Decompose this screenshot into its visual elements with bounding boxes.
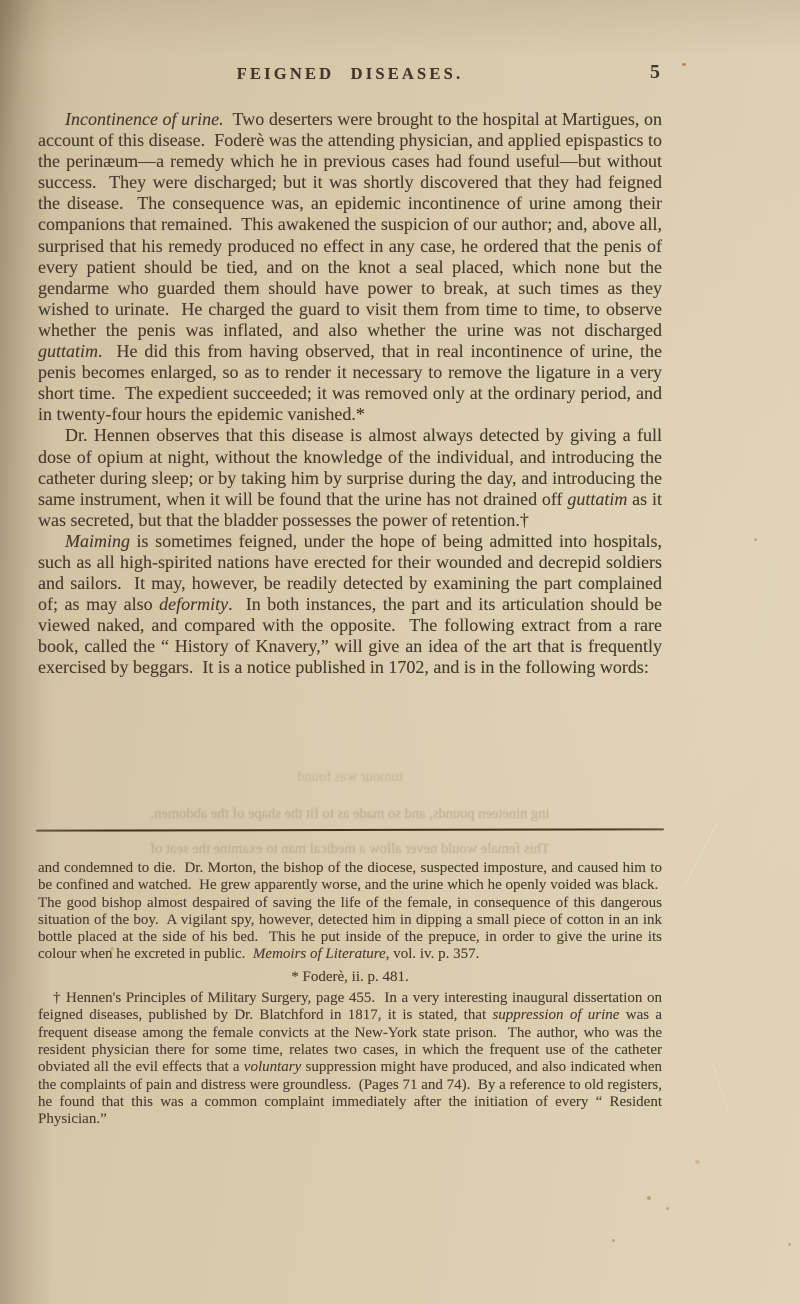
book-page: FEIGNED DISEASES. 5 tumour was found ing… bbox=[0, 0, 800, 1304]
text-run: * Foderè, ii. p. 481. bbox=[291, 969, 409, 985]
footnote-continuation: and condemned to die. Dr. Morton, the bi… bbox=[38, 860, 662, 964]
foxing-speck bbox=[695, 1160, 700, 1164]
text-run: Two deserters were brought to the hospit… bbox=[38, 109, 662, 340]
text-run: . He did this from having observed, that… bbox=[38, 341, 662, 424]
ink-bleed-through-line: tumour was found bbox=[60, 769, 640, 786]
footnote-note: † Hennen's Principles of Military Surger… bbox=[38, 990, 662, 1128]
paper-scratch bbox=[684, 824, 718, 886]
foxing-speck bbox=[682, 63, 686, 66]
footnotes: and condemned to die. Dr. Morton, the bi… bbox=[38, 860, 662, 1128]
body-paragraph: Incontinence of urine. Two deserters wer… bbox=[38, 109, 662, 425]
footnote-divider-rule bbox=[36, 828, 664, 831]
foxing-speck bbox=[612, 1239, 615, 1242]
ink-bleed-through-line: ing nineteen pounds, and so made as to f… bbox=[60, 806, 640, 823]
foxing-speck bbox=[754, 538, 757, 541]
italic-text-run: deformity bbox=[159, 594, 228, 614]
italic-text-run: suppression of urine bbox=[492, 1007, 619, 1023]
ink-bleed-through-line: This female would never allow a medical … bbox=[60, 841, 640, 858]
italic-text-run: guttatim bbox=[38, 341, 98, 361]
body-text: Incontinence of urine. Two deserters wer… bbox=[38, 109, 662, 679]
page-top-shadow bbox=[0, 0, 800, 56]
text-run: , vol. iv. p. 357. bbox=[386, 946, 480, 962]
foxing-speck bbox=[666, 1207, 669, 1210]
italic-text-run: Memoirs of Literature bbox=[253, 946, 386, 962]
running-head: FEIGNED DISEASES. 5 bbox=[38, 64, 662, 90]
running-head-title: FEIGNED DISEASES. bbox=[38, 64, 662, 84]
body-paragraph: Maiming is sometimes feigned, under the … bbox=[38, 531, 662, 679]
italic-text-run: Maiming bbox=[65, 531, 130, 551]
italic-text-run: Incontinence of urine. bbox=[65, 109, 224, 129]
italic-text-run: guttatim bbox=[567, 489, 627, 509]
footnote-centered: * Foderè, ii. p. 481. bbox=[38, 969, 662, 986]
body-paragraph: Dr. Hennen observes that this disease is… bbox=[38, 425, 662, 530]
page-number: 5 bbox=[650, 61, 660, 84]
foxing-speck bbox=[788, 1243, 791, 1246]
paper-scratch bbox=[712, 1061, 730, 1114]
italic-text-run: voluntary bbox=[244, 1059, 302, 1075]
foxing-speck bbox=[647, 1196, 651, 1200]
